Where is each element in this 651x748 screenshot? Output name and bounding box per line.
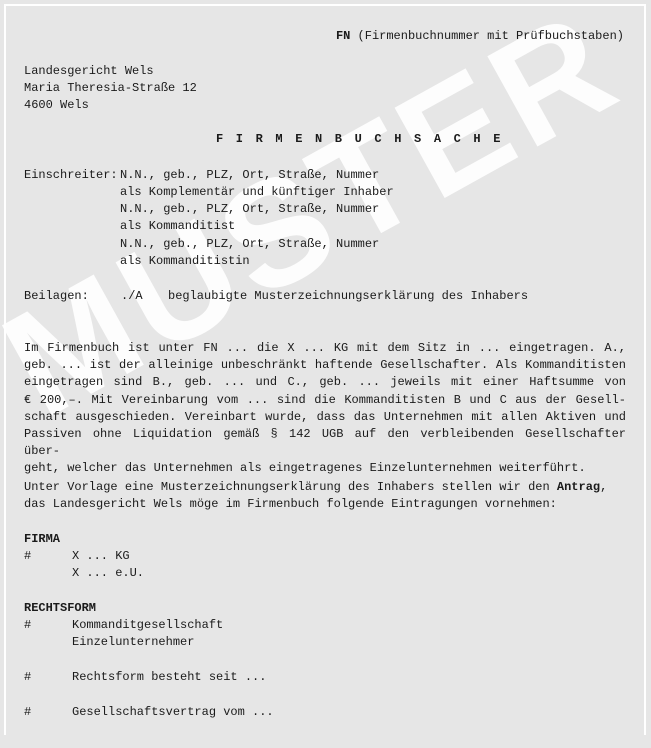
firma-item: X ... e.U. [72,565,144,582]
paragraph-line: Passiven ohne Liquidation gemäß § 142 UG… [24,426,626,460]
body-paragraph: Im Firmenbuch ist unter FN ... die X ...… [24,340,626,478]
applicant-line: als Kommanditist [120,218,235,235]
attachment-ref: ./A [121,288,143,305]
applicants-label: Einschreiter: [24,167,118,184]
applicant-line: N.N., geb., PLZ, Ort, Straße, Nummer [120,236,379,253]
entry-marker: # [24,617,31,634]
paragraph-line: € 200,–. Mit Vereinbarung vom ... sind d… [24,392,626,409]
firma-item: X ... KG [72,548,130,565]
applicant-line: N.N., geb., PLZ, Ort, Straße, Nummer [120,201,379,218]
court-name: Landesgericht Wels [24,63,154,80]
partnership-agreement: Gesellschaftsvertrag vom ... [72,704,274,721]
paragraph-line: Im Firmenbuch ist unter FN ... die X ...… [24,340,626,357]
section-heading-rechtsform: RECHTSFORM [24,600,96,617]
paragraph-line: eingetragen sind B., geb. ... und C., ge… [24,374,626,391]
section-heading-firma: FIRMA [24,531,60,548]
court-city: 4600 Wels [24,97,89,114]
entry-marker: # [24,548,31,565]
request-comma: , [600,480,607,494]
paragraph-line: geb. ... ist der alleinige unbeschränkt … [24,357,626,374]
rechtsform-since: Rechtsform besteht seit ... [72,669,266,686]
fn-label: FN [336,29,350,43]
paragraph-line: schaft ausgeschieden. Vereinbart wurde, … [24,409,626,426]
applicant-line: als Kommanditistin [120,253,250,270]
rechtsform-item: Kommanditgesellschaft [72,617,223,634]
request-antrag: Antrag [557,480,600,494]
applicant-line: N.N., geb., PLZ, Ort, Straße, Nummer [120,167,379,184]
document-title: FIRMENBUCHSACHE [216,131,513,148]
attachments-label: Beilagen: [24,288,89,305]
request-line-1: Unter Vorlage eine Musterzeichnungserklä… [24,479,607,496]
entry-marker: # [24,704,31,721]
applicant-line: als Komplementär und künftiger Inhaber [120,184,394,201]
fn-hint: (Firmenbuchnummer mit Prüfbuchstaben) [350,29,624,43]
entry-marker: # [24,669,31,686]
fn-header: FN (Firmenbuchnummer mit Prüfbuchstaben) [336,28,624,45]
request-text: Unter Vorlage eine Musterzeichnungserklä… [24,480,557,494]
court-street: Maria Theresia-Straße 12 [24,80,197,97]
attachment-text: beglaubigte Musterzeichnungserklärung de… [168,288,528,305]
paragraph-line: geht, welcher das Unternehmen als einget… [24,460,626,477]
request-line-2: das Landesgericht Wels möge im Firmenbuc… [24,496,557,513]
rechtsform-item: Einzelunternehmer [72,634,194,651]
